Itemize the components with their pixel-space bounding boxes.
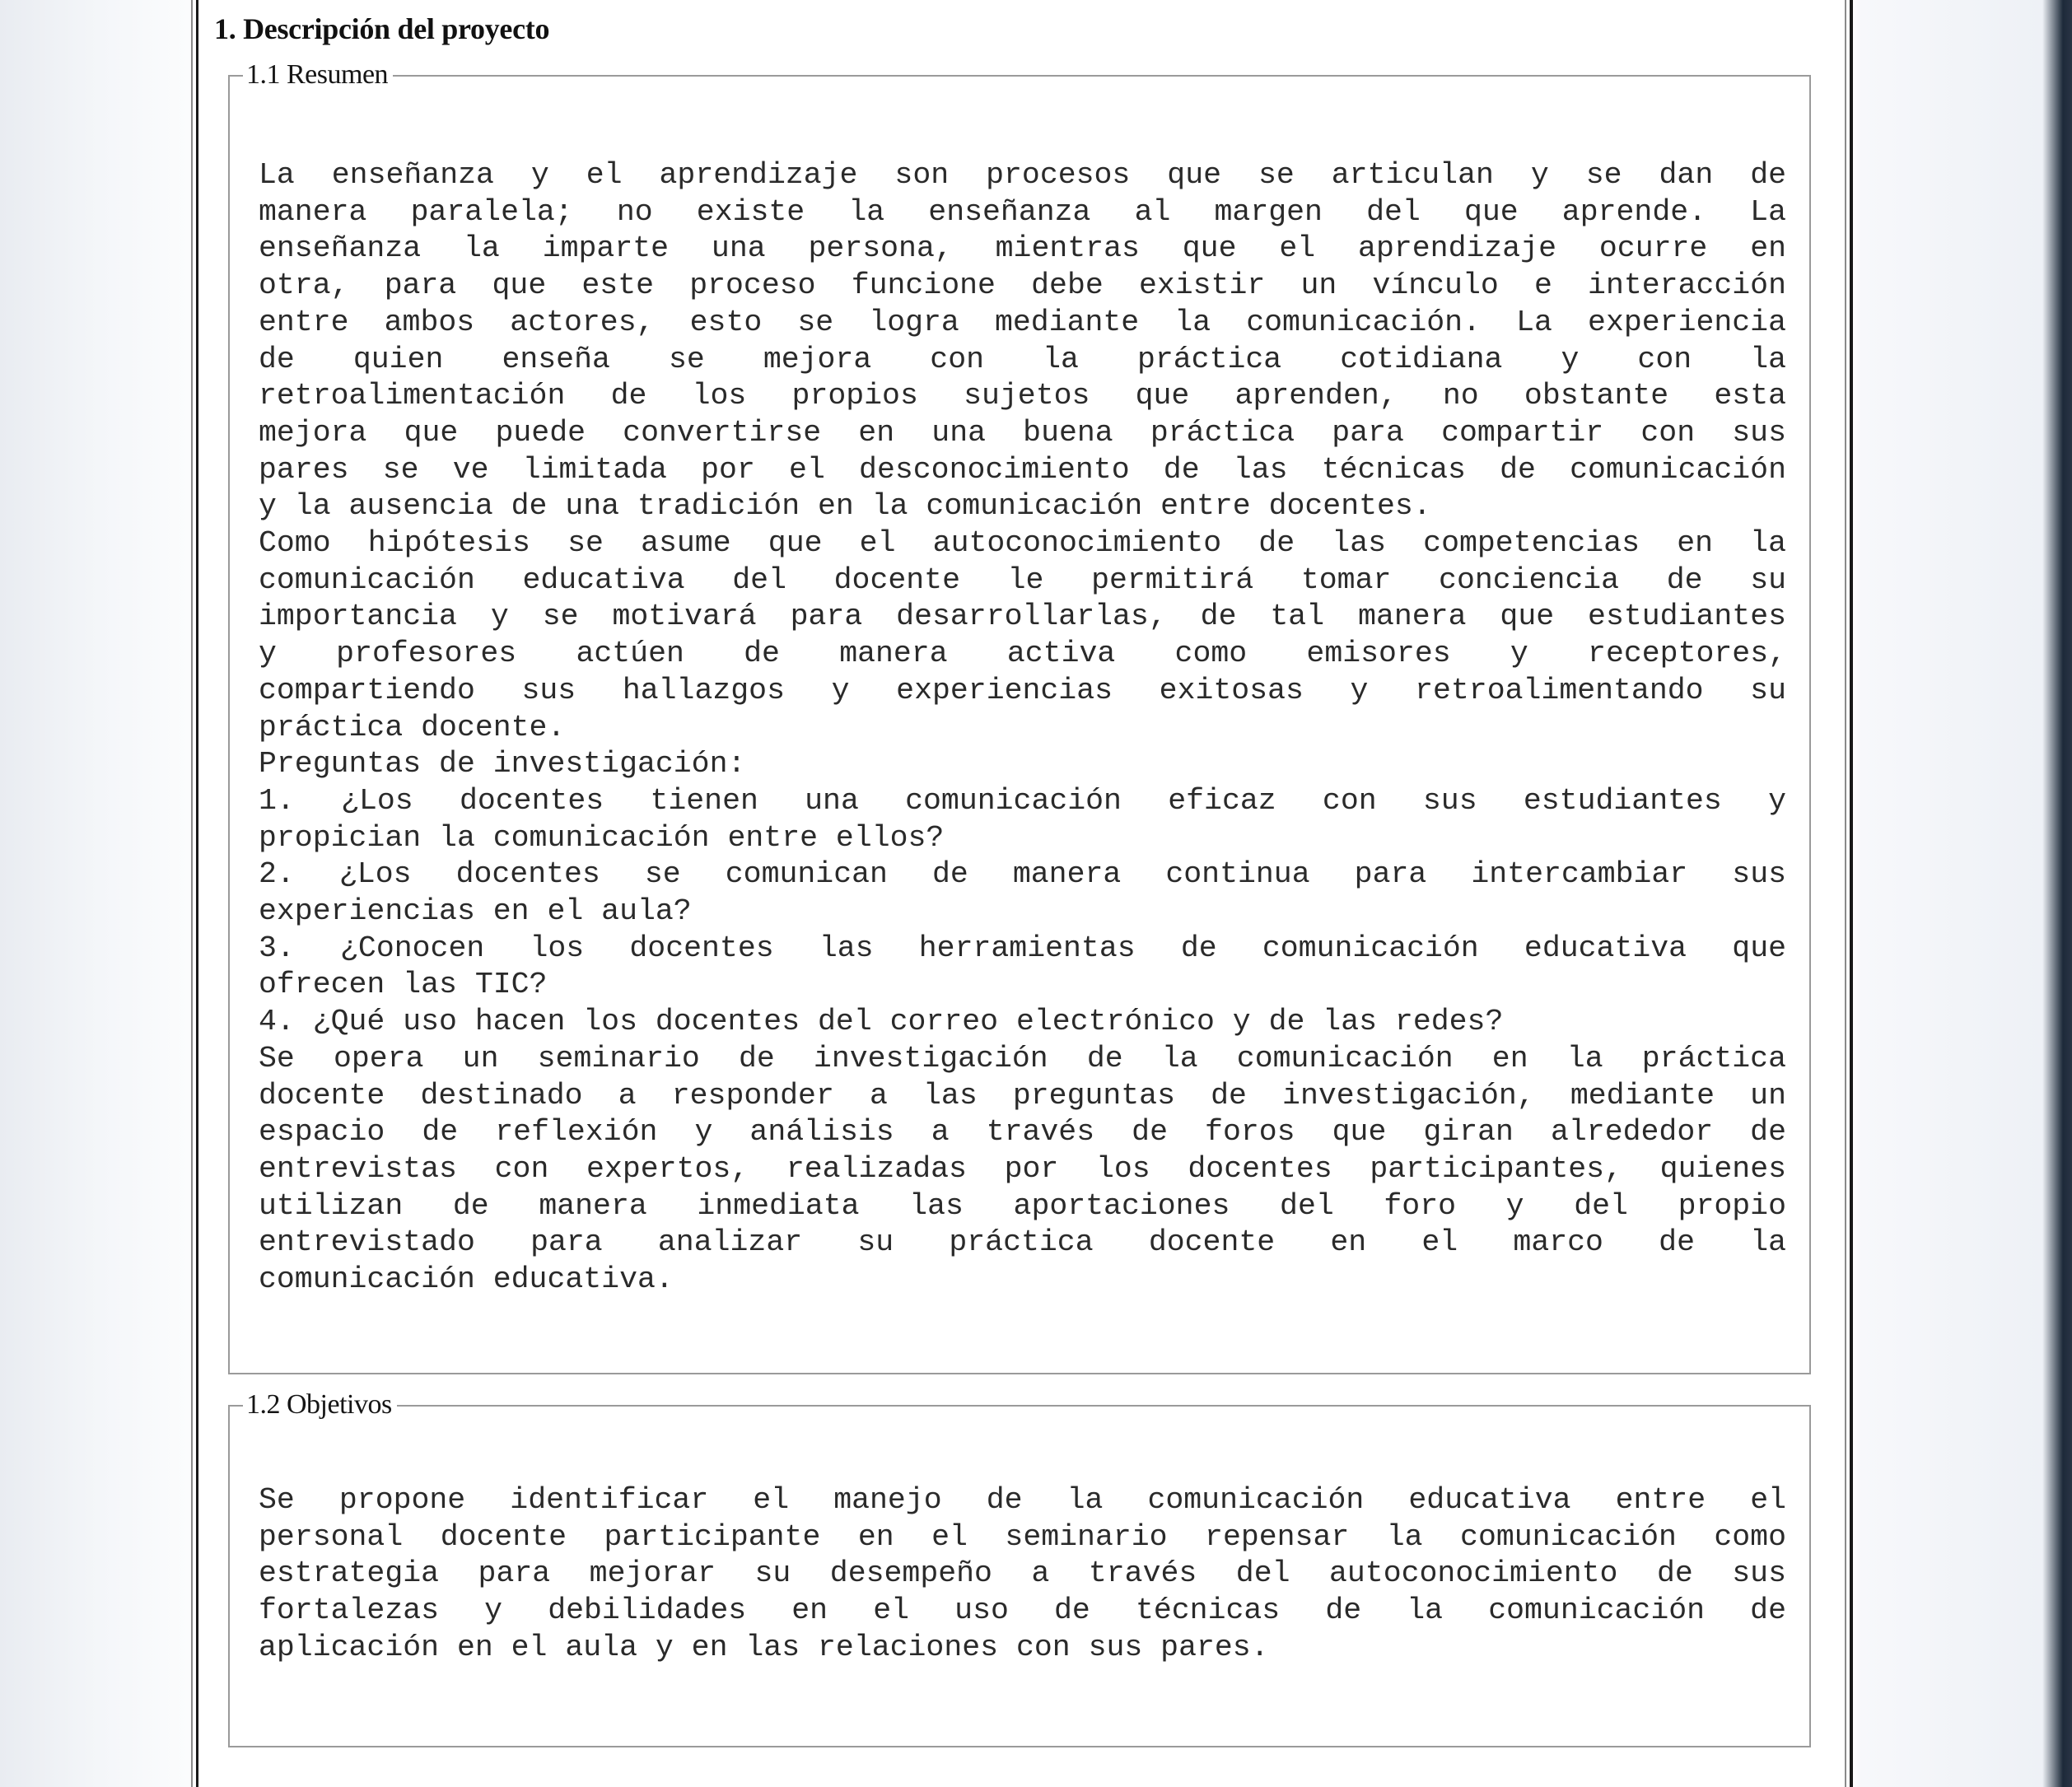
text-line: 2. ¿Los docentes se comunican de manera …: [259, 856, 1786, 893]
text-line: Se opera un seminario de investigación d…: [259, 1041, 1786, 1078]
text-line: personal docente participante en el semi…: [259, 1519, 1786, 1556]
text-line: otra, para que este proceso funcione deb…: [259, 268, 1786, 305]
section-title: 1. Descripción del proyecto: [214, 12, 549, 46]
text-line: 4. ¿Qué uso hacen los docentes del corre…: [259, 1004, 1786, 1041]
paragraph: Se opera un seminario de investigación d…: [259, 1041, 1786, 1299]
text-line: comunicación educativa del docente le pe…: [259, 562, 1786, 600]
paragraph: 1. ¿Los docentes tienen una comunicación…: [259, 783, 1786, 856]
text-line: mejora que puede convertirse en una buen…: [259, 415, 1786, 452]
objetivos-text: Se propone identificar el manejo de la c…: [259, 1482, 1786, 1667]
text-line: y la ausencia de una tradición en la com…: [259, 488, 1786, 525]
page-frame-left-outer-line: [191, 0, 193, 1787]
text-line: ofrecen las TIC?: [259, 967, 1786, 1004]
paragraph: 2. ¿Los docentes se comunican de manera …: [259, 856, 1786, 930]
objetivos-box: 1.2 Objetivos Se propone identificar el …: [228, 1405, 1811, 1747]
text-line: propician la comunicación entre ellos?: [259, 820, 1786, 857]
page-frame-right-inner-line: [1845, 0, 1846, 1787]
text-line: experiencias en el aula?: [259, 893, 1786, 931]
text-line: docente destinado a responder a las preg…: [259, 1078, 1786, 1115]
text-line: y profesores actúen de manera activa com…: [259, 636, 1786, 673]
text-line: entre ambos actores, esto se logra media…: [259, 305, 1786, 342]
text-line: La enseñanza y el aprendizaje son proces…: [259, 157, 1786, 194]
text-line: pares se ve limitada por el desconocimie…: [259, 452, 1786, 489]
text-line: comunicación educativa.: [259, 1262, 1786, 1299]
text-line: manera paralela; no existe la enseñanza …: [259, 194, 1786, 231]
paragraph: 3. ¿Conocen los docentes las herramienta…: [259, 931, 1786, 1004]
text-line: importancia y se motivará para desarroll…: [259, 599, 1786, 636]
text-line: retroalimentación de los propios sujetos…: [259, 378, 1786, 415]
text-line: 3. ¿Conocen los docentes las herramienta…: [259, 931, 1786, 968]
page-frame-left-inner-line: [196, 0, 198, 1787]
paragraph: Como hipótesis se asume que el autoconoc…: [259, 525, 1786, 746]
paragraph: Se propone identificar el manejo de la c…: [259, 1482, 1786, 1667]
text-line: práctica docente.: [259, 710, 1786, 747]
text-line: fortalezas y debilidades en el uso de té…: [259, 1593, 1786, 1630]
page-frame-right-outer-line: [1850, 0, 1853, 1787]
paragraph: Preguntas de investigación:: [259, 746, 1786, 783]
text-line: estrategia para mejorar su desempeño a t…: [259, 1556, 1786, 1593]
text-line: compartiendo sus hallazgos y experiencia…: [259, 673, 1786, 710]
text-line: Se propone identificar el manejo de la c…: [259, 1482, 1786, 1519]
text-line: utilizan de manera inmediata las aportac…: [259, 1188, 1786, 1225]
resumen-legend: 1.1 Resumen: [241, 58, 393, 91]
text-line: Preguntas de investigación:: [259, 746, 1786, 783]
text-line: enseñanza la imparte una persona, mientr…: [259, 231, 1786, 268]
text-line: 1. ¿Los docentes tienen una comunicación…: [259, 783, 1786, 820]
text-line: entrevistas con expertos, realizadas por…: [259, 1151, 1786, 1188]
paragraph: La enseñanza y el aprendizaje son proces…: [259, 157, 1786, 525]
resumen-text: La enseñanza y el aprendizaje son proces…: [259, 157, 1786, 1299]
objetivos-legend: 1.2 Objetivos: [241, 1388, 397, 1421]
text-line: de quien enseña se mejora con la práctic…: [259, 342, 1786, 379]
text-line: entrevistado para analizar su práctica d…: [259, 1225, 1786, 1262]
text-line: Como hipótesis se asume que el autoconoc…: [259, 525, 1786, 562]
paragraph: 4. ¿Qué uso hacen los docentes del corre…: [259, 1004, 1786, 1041]
resumen-box: 1.1 Resumen La enseñanza y el aprendizaj…: [228, 75, 1811, 1374]
text-line: espacio de reflexión y análisis a través…: [259, 1114, 1786, 1151]
text-line: aplicación en el aula y en las relacione…: [259, 1630, 1786, 1667]
